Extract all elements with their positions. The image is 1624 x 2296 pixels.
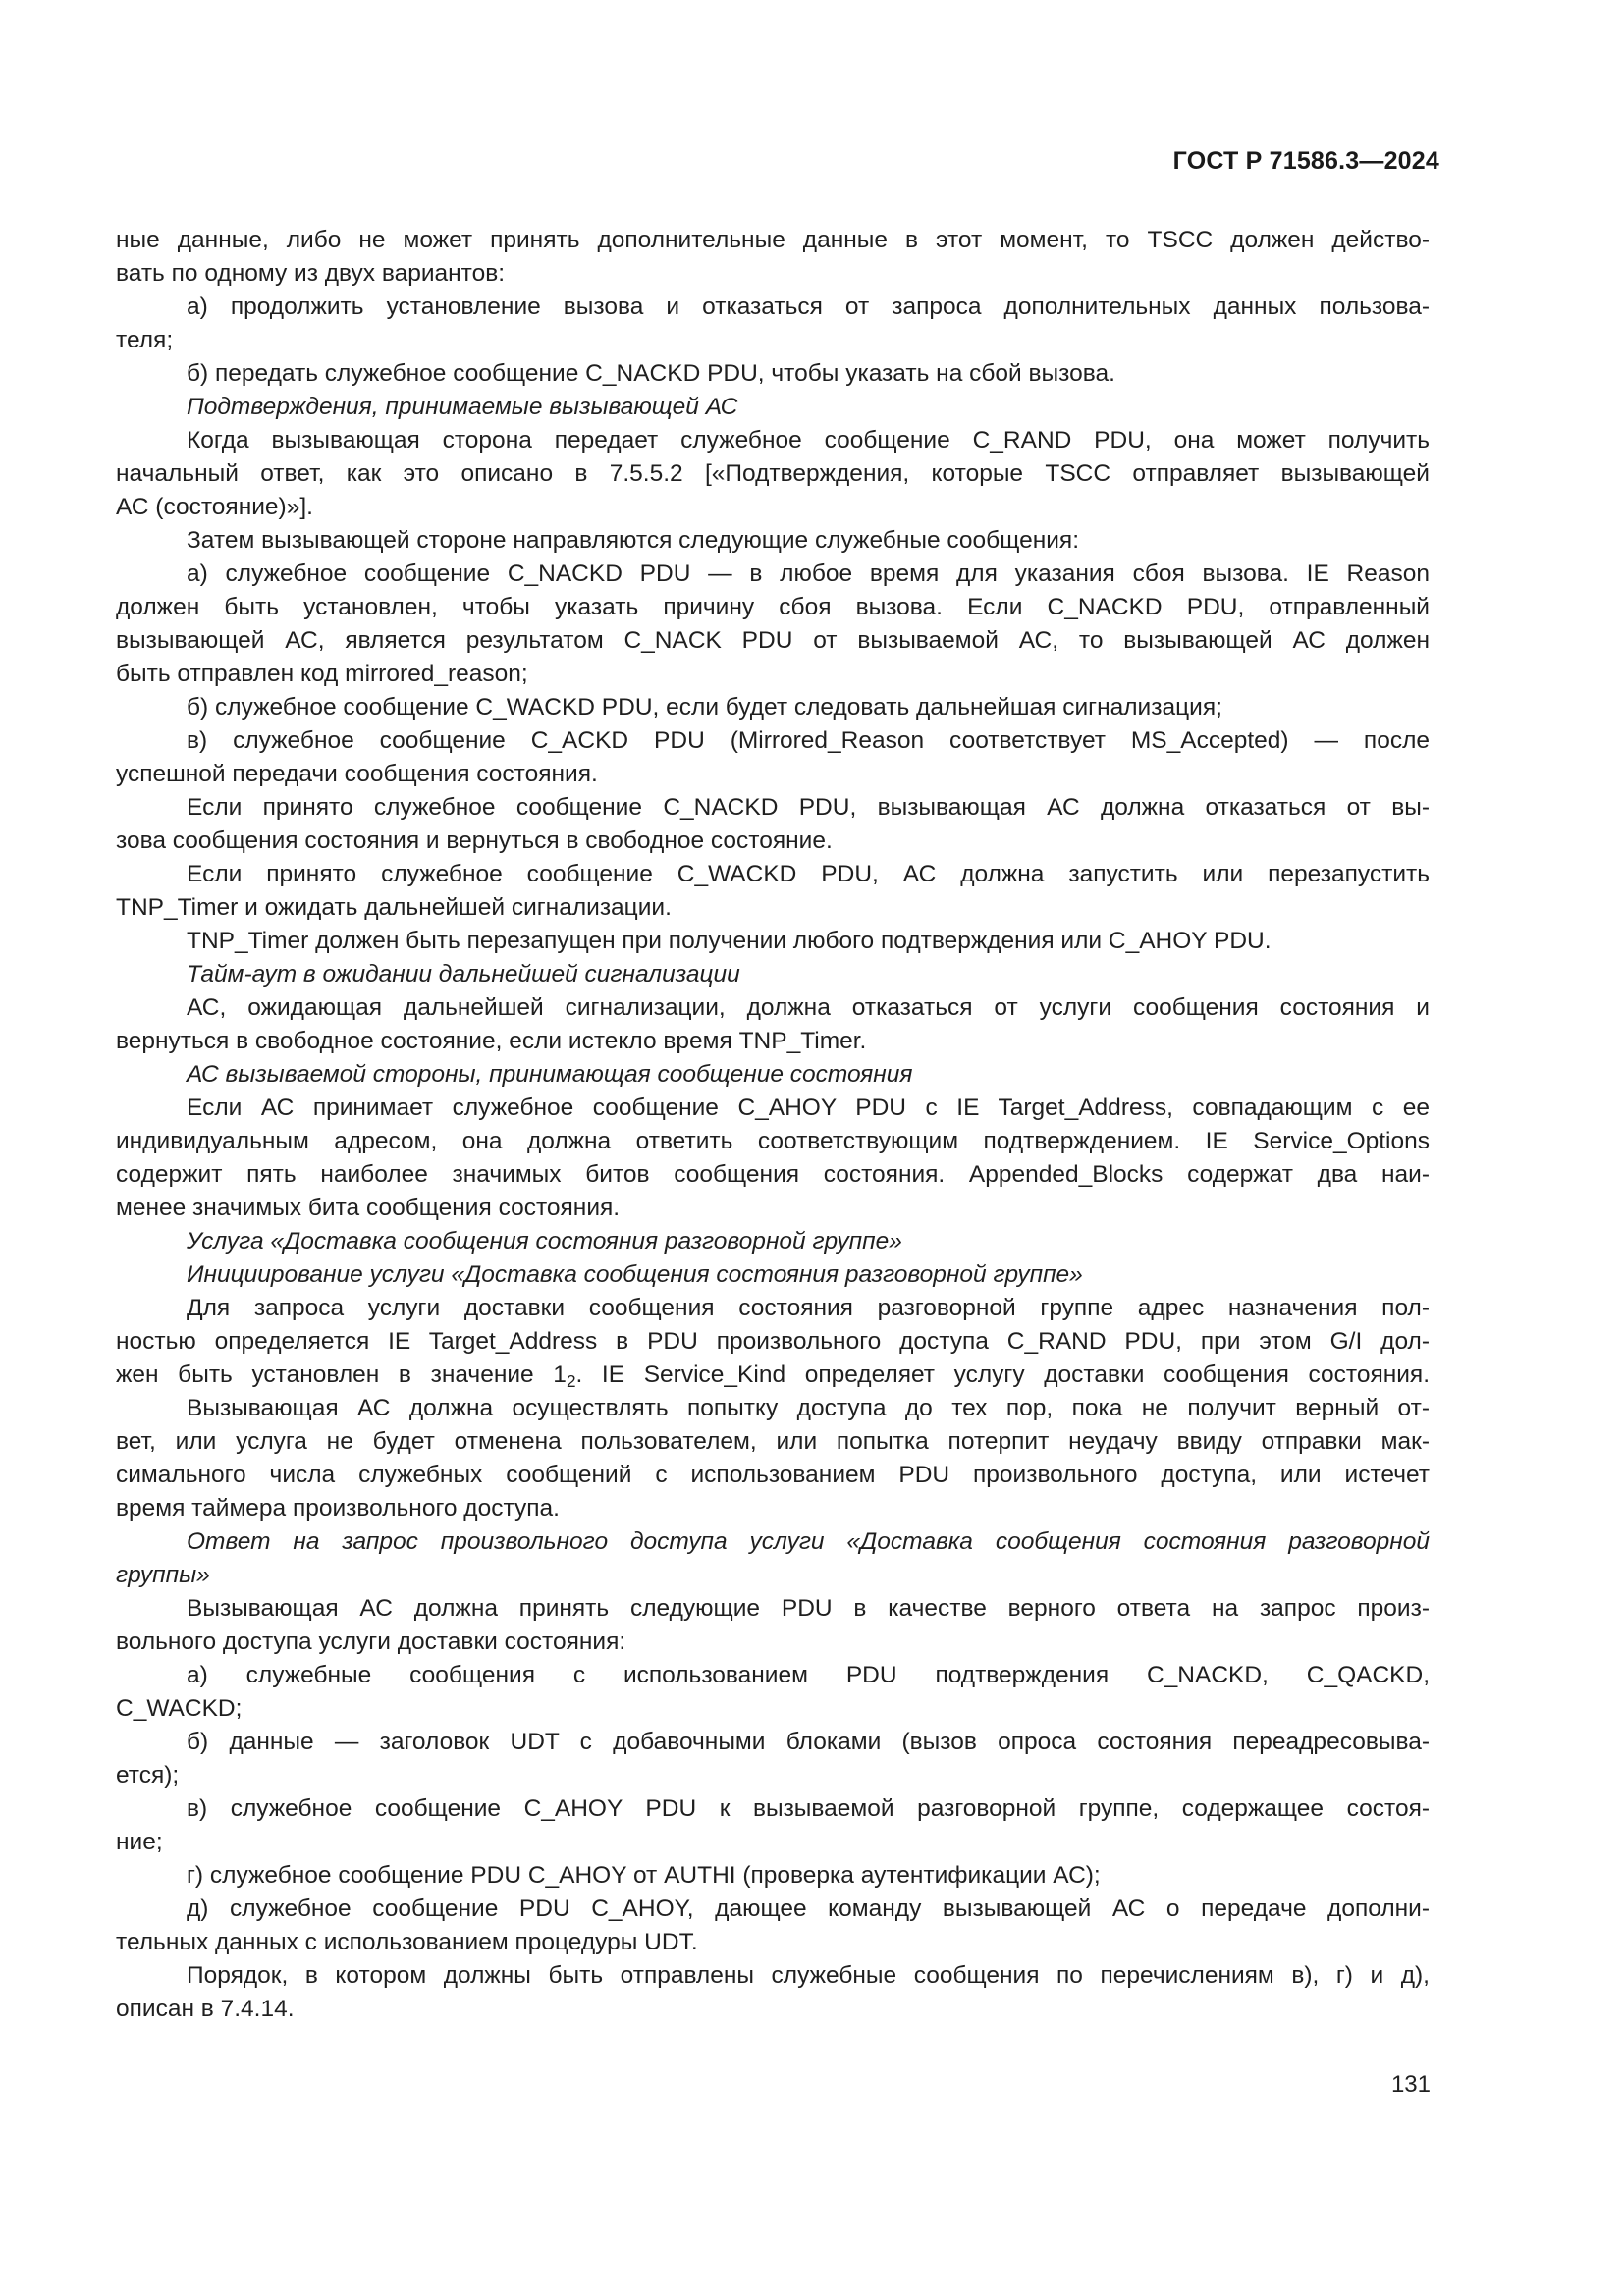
text-line: а) продолжить установление вызова и отка… <box>116 291 1430 324</box>
text-line: д) служебное сообщение PDU C_AHOY, дающе… <box>116 1893 1430 1926</box>
text-line: а) служебные сообщения с использованием … <box>116 1659 1430 1692</box>
section-heading-line: группы» <box>116 1559 1430 1592</box>
text-line: вернуться в свободное состояние, если ис… <box>116 1025 1430 1058</box>
text-line: АС, ожидающая дальнейшей сигнализации, д… <box>116 991 1430 1025</box>
text-line: Если принято служебное сообщение C_NACKD… <box>116 791 1430 825</box>
section-heading-line: Инициирование услуги «Доставка сообщения… <box>116 1258 1430 1292</box>
body-text: ные данные, либо не может принять дополн… <box>116 224 1430 2026</box>
text-line: Если принято служебное сообщение C_WACKD… <box>116 858 1430 891</box>
text-line: TNP_Timer должен быть перезапущен при по… <box>116 925 1430 958</box>
section-heading-line: Ответ на запрос произвольного доступа ус… <box>116 1525 1430 1559</box>
text-line: Вызывающая АС должна принять следующие P… <box>116 1592 1430 1626</box>
text-line: ные данные, либо не может принять дополн… <box>116 224 1430 257</box>
text-line: г) служебное сообщение PDU C_AHOY от AUT… <box>116 1859 1430 1893</box>
document-page: ГОСТ Р 71586.3—2024 ные данные, либо не … <box>0 0 1624 2296</box>
text-line: вать по одному из двух вариантов: <box>116 257 1430 291</box>
text-line: б) передать служебное сообщение C_NACKD … <box>116 357 1430 391</box>
text-line: Если АС принимает служебное сообщение C_… <box>116 1092 1430 1125</box>
document-header-id: ГОСТ Р 71586.3—2024 <box>1173 147 1439 176</box>
text-line: C_WACKD; <box>116 1692 1430 1726</box>
section-heading-line: АС вызываемой стороны, принимающая сообщ… <box>116 1058 1430 1092</box>
text-line: Порядок, в котором должны быть отправлен… <box>116 1959 1430 1993</box>
text-line: симального числа служебных сообщений с и… <box>116 1459 1430 1492</box>
section-heading-line: Подтверждения, принимаемые вызывающей АС <box>116 391 1430 424</box>
text-line: АС (состояние)»]. <box>116 491 1430 524</box>
text-line: Вызывающая АС должна осуществлять попытк… <box>116 1392 1430 1425</box>
section-heading-line: Тайм-аут в ожидании дальнейшей сигнализа… <box>116 958 1430 991</box>
text-line: описан в 7.4.14. <box>116 1993 1430 2026</box>
text-line: вет, или услуга не будет отменена пользо… <box>116 1425 1430 1459</box>
text-line: в) служебное сообщение C_AHOY PDU к вызы… <box>116 1792 1430 1826</box>
text-line: в) служебное сообщение C_ACKD PDU (Mirro… <box>116 724 1430 758</box>
text-line: б) данные — заголовок UDT с добавочными … <box>116 1726 1430 1759</box>
text-line: Для запроса услуги доставки сообщения со… <box>116 1292 1430 1325</box>
section-heading-line: Услуга «Доставка сообщения состояния раз… <box>116 1225 1430 1258</box>
text-line: тельных данных с использованием процедур… <box>116 1926 1430 1959</box>
text-line: а) служебное сообщение C_NACKD PDU — в л… <box>116 558 1430 591</box>
text-line: ется); <box>116 1759 1430 1792</box>
text-line: индивидуальным адресом, она должна ответ… <box>116 1125 1430 1158</box>
page-number: 131 <box>1391 2071 1431 2099</box>
text-line: должен быть установлен, чтобы указать пр… <box>116 591 1430 624</box>
text-line: ностью определяется IE Target_Address в … <box>116 1325 1430 1359</box>
text-line: быть отправлен код mirrored_reason; <box>116 658 1430 691</box>
text-line: жен быть установлен в значение 12. IE Se… <box>116 1359 1430 1392</box>
text-line: теля; <box>116 324 1430 357</box>
text-line: TNP_Timer и ожидать дальнейшей сигнализа… <box>116 891 1430 925</box>
text-line: содержит пять наиболее значимых битов со… <box>116 1158 1430 1192</box>
text-line: успешной передачи сообщения состояния. <box>116 758 1430 791</box>
text-line: вольного доступа услуги доставки состоян… <box>116 1626 1430 1659</box>
text-line: время таймера произвольного доступа. <box>116 1492 1430 1525</box>
text-line: б) служебное сообщение C_WACKD PDU, если… <box>116 691 1430 724</box>
text-line: зова сообщения состояния и вернуться в с… <box>116 825 1430 858</box>
text-line: Затем вызывающей стороне направляются сл… <box>116 524 1430 558</box>
text-line: начальный ответ, как это описано в 7.5.5… <box>116 457 1430 491</box>
text-line: менее значимых бита сообщения состояния. <box>116 1192 1430 1225</box>
text-line: ние; <box>116 1826 1430 1859</box>
subscript: 2 <box>567 1371 576 1391</box>
text-line: Когда вызывающая сторона передает служеб… <box>116 424 1430 457</box>
text-line: вызывающей АС, является результатом C_NA… <box>116 624 1430 658</box>
